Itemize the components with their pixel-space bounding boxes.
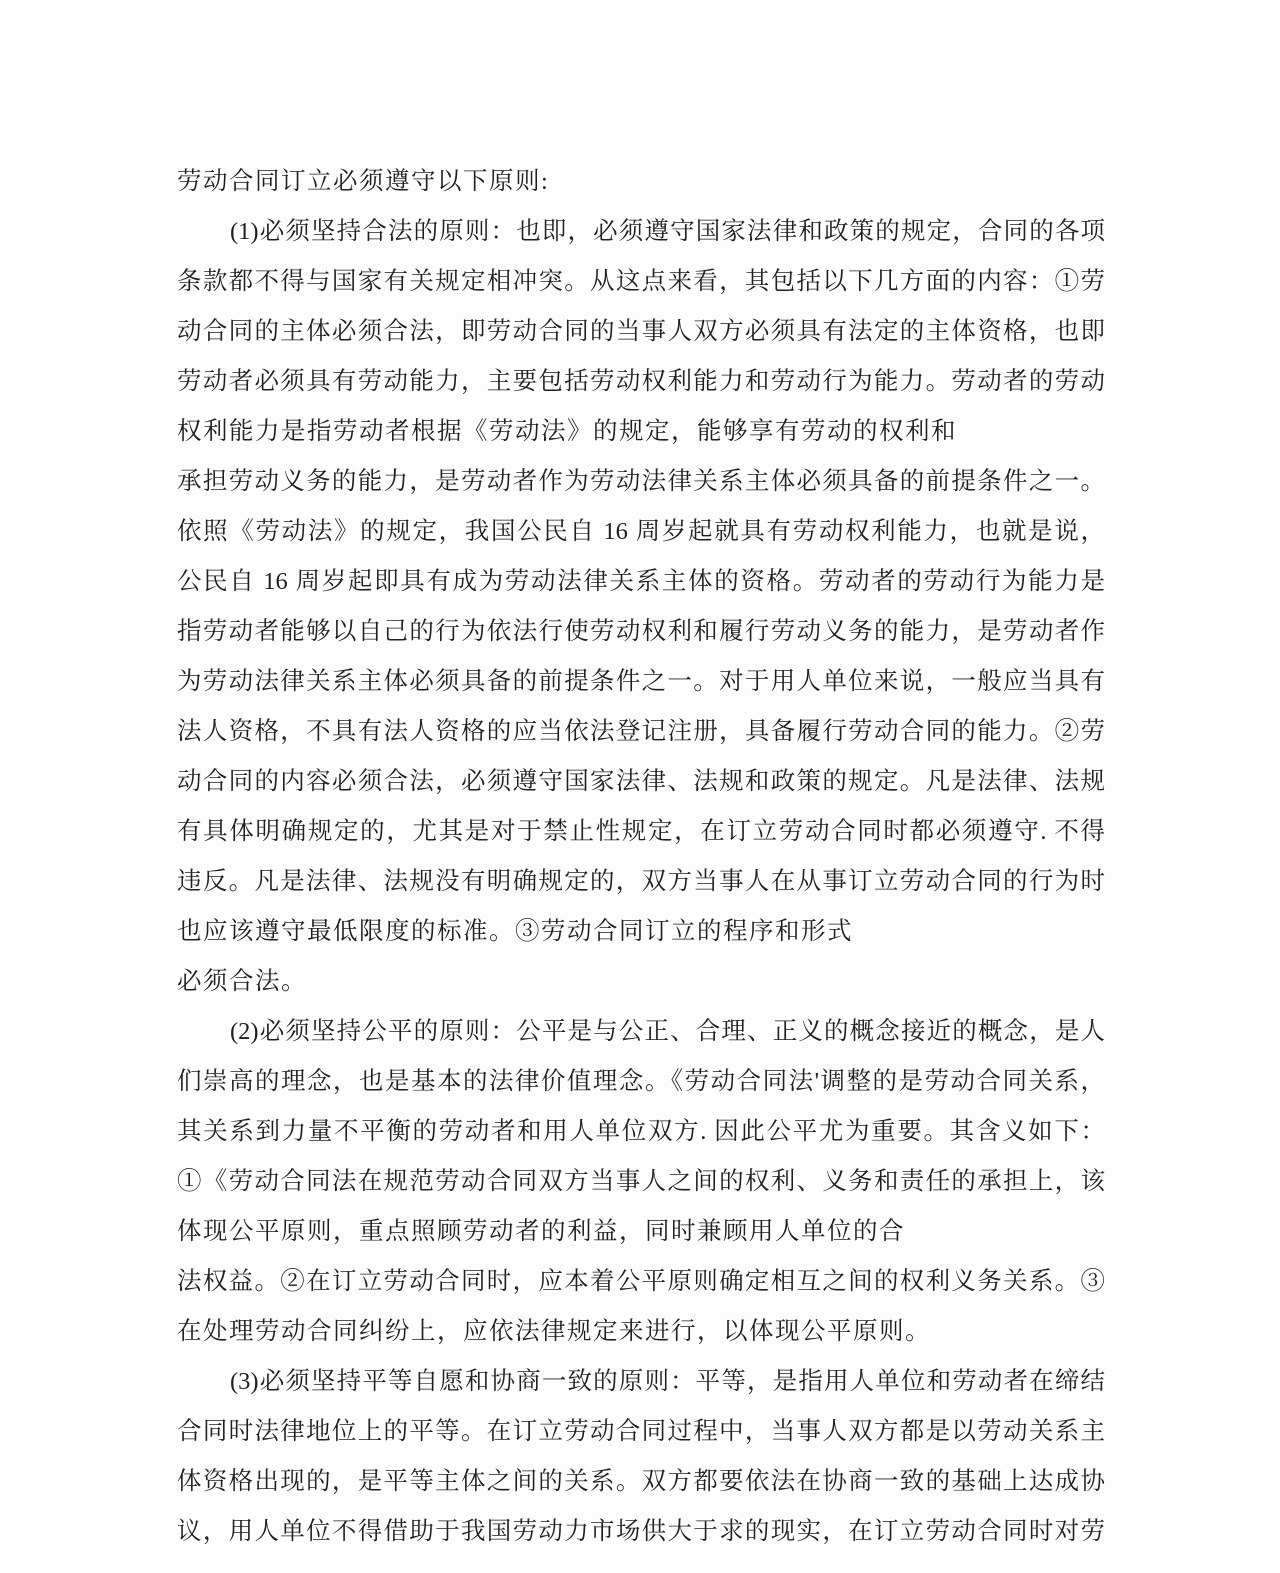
text-line: 动合同的内容必须合法，必须遵守国家法律、法规和政策的规定。凡是法律、法规 bbox=[177, 757, 1105, 807]
text-line: 法人资格，不具有法人资格的应当依法登记注册，具备履行劳动合同的能力。②劳 bbox=[177, 707, 1105, 757]
text-line: 条款都不得与国家有关规定相冲突。从这点来看，其包括以下几方面的内容：①劳 bbox=[177, 257, 1105, 307]
document-text-block: 劳动合同订立必须遵守以下原则:(1)必须坚持合法的原则：也即，必须遵守国家法律和… bbox=[177, 157, 1105, 1557]
text-line: 劳动者必须具有劳动能力，主要包括劳动权利能力和劳动行为能力。劳动者的劳动 bbox=[177, 357, 1105, 407]
text-line: 违反。凡是法律、法规没有明确规定的，双方当事人在从事订立劳动合同的行为时 bbox=[177, 857, 1105, 907]
text-line: 指劳动者能够以自己的行为依法行使劳动权利和履行劳动义务的能力，是劳动者作 bbox=[177, 607, 1105, 657]
text-line: 劳动合同订立必须遵守以下原则: bbox=[177, 157, 1105, 207]
text-line: 必须合法。 bbox=[177, 957, 1105, 1007]
text-line: 也应该遵守最低限度的标准。③劳动合同订立的程序和形式 bbox=[177, 907, 1105, 957]
text-line: 权利能力是指劳动者根据《劳动法》的规定，能够享有劳动的权利和 bbox=[177, 407, 1105, 457]
scanned-document-page: 劳动合同订立必须遵守以下原则:(1)必须坚持合法的原则：也即，必须遵守国家法律和… bbox=[0, 0, 1280, 1573]
text-line: (2)必须坚持公平的原则：公平是与公正、合理、正义的概念接近的概念，是人 bbox=[177, 1007, 1105, 1057]
text-line: 为劳动法律关系主体必须具备的前提条件之一。对于用人单位来说，一般应当具有 bbox=[177, 657, 1105, 707]
text-line: 有具体明确规定的，尤其是对于禁止性规定，在订立劳动合同时都必须遵守. 不得 bbox=[177, 807, 1105, 857]
text-line: 体现公平原则，重点照顾劳动者的利益，同时兼顾用人单位的合 bbox=[177, 1207, 1105, 1257]
text-line: 依照《劳动法》的规定，我国公民自 16 周岁起就具有劳动权利能力，也就是说， bbox=[177, 507, 1105, 557]
text-line: (3)必须坚持平等自愿和协商一致的原则：平等，是指用人单位和劳动者在缔结 bbox=[177, 1357, 1105, 1407]
text-line: 公民自 16 周岁起即具有成为劳动法律关系主体的资格。劳动者的劳动行为能力是 bbox=[177, 557, 1105, 607]
text-line: 议，用人单位不得借助于我国劳动力市场供大于求的现实，在订立劳动合同时对劳 bbox=[177, 1507, 1105, 1557]
text-line: 其关系到力量不平衡的劳动者和用人单位双方. 因此公平尤为重要。其含义如下： bbox=[177, 1107, 1105, 1157]
text-line: 们崇高的理念，也是基本的法律价值理念。《劳动合同法'调整的是劳动合同关系， bbox=[177, 1057, 1105, 1107]
text-line: 承担劳动义务的能力，是劳动者作为劳动法律关系主体必须具备的前提条件之一。 bbox=[177, 457, 1105, 507]
text-line: 合同时法律地位上的平等。在订立劳动合同过程中，当事人双方都是以劳动关系主 bbox=[177, 1407, 1105, 1457]
text-line: 动合同的主体必须合法，即劳动合同的当事人双方必须具有法定的主体资格，也即 bbox=[177, 307, 1105, 357]
text-line: 体资格出现的，是平等主体之间的关系。双方都要依法在协商一致的基础上达成协 bbox=[177, 1457, 1105, 1507]
text-line: (1)必须坚持合法的原则：也即，必须遵守国家法律和政策的规定，合同的各项 bbox=[177, 207, 1105, 257]
text-line: 在处理劳动合同纠纷上，应依法律规定来进行，以体现公平原则。 bbox=[177, 1307, 1105, 1357]
text-line: 法权益。②在订立劳动合同时，应本着公平原则确定相互之间的权利义务关系。③ bbox=[177, 1257, 1105, 1307]
text-line: ①《劳动合同法在规范劳动合同双方当事人之间的权利、义务和责任的承担上，该 bbox=[177, 1157, 1105, 1207]
